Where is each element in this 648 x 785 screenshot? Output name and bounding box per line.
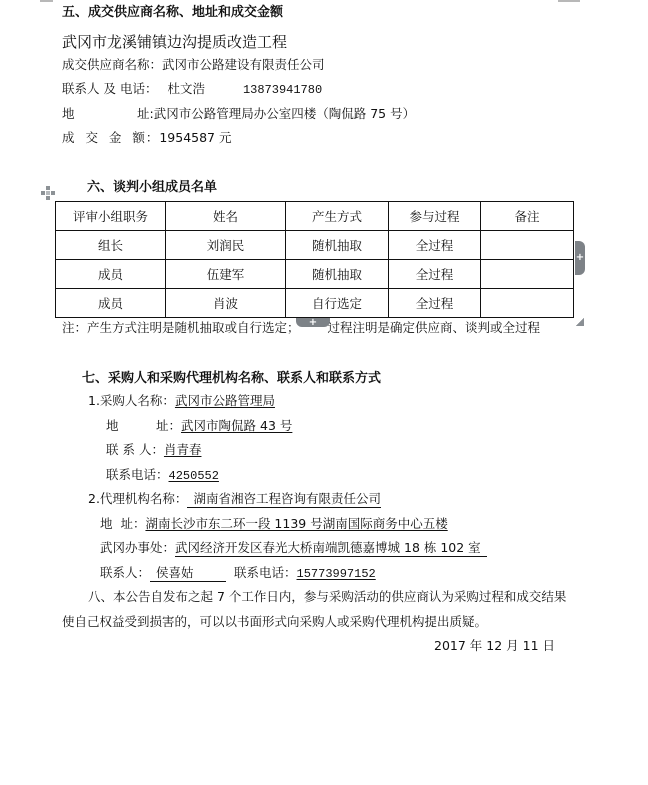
- table-cell: 成员: [56, 289, 166, 318]
- table-note-right: 过程注明是确定供应商、谈判或全过程: [328, 320, 541, 335]
- table-cell: [481, 260, 574, 289]
- plus-icon: +: [576, 252, 584, 263]
- table-cell: [481, 231, 574, 260]
- table-cell: 全过程: [389, 231, 481, 260]
- table-resize-handle-icon[interactable]: [576, 318, 584, 326]
- objection-notice-line2: 使自己权益受到损害的，可以以书面形式向采购人或采购代理机构提出质疑。: [62, 612, 487, 630]
- table-cell: 刘润民: [166, 231, 286, 260]
- address-row: 地址:武冈市公路管理局办公室四楼（陶侃路 75 号）: [62, 104, 415, 122]
- notice-date: 2017 年 12 月 11 日: [434, 636, 555, 654]
- section6-heading: 六、谈判小组成员名单: [87, 176, 217, 195]
- address-value: 武冈市公路管理局办公室四楼（陶侃路 75 号）: [154, 106, 415, 121]
- page-corner-mark-left: [40, 0, 53, 2]
- table-cell: 随机抽取: [286, 231, 389, 260]
- table-cell: 自行选定: [286, 289, 389, 318]
- purchaser-address-value: 武冈市陶侃路 43 号: [181, 418, 292, 433]
- table-header-cell: 评审小组职务: [56, 202, 166, 231]
- page-corner-mark-right: [558, 0, 580, 2]
- purchaser-name-value: 武冈市公路管理局: [175, 393, 275, 408]
- address-label-left: 地: [62, 104, 137, 122]
- section5-heading: 五、成交供应商名称、地址和成交金额: [62, 1, 283, 20]
- table-cell: 全过程: [389, 289, 481, 318]
- purchaser-name-label: 1.采购人名称：: [88, 393, 175, 408]
- table-cell: [481, 289, 574, 318]
- add-column-button[interactable]: +: [575, 241, 585, 275]
- project-name: 武冈市龙溪铺镇边沟提质改造工程: [62, 31, 287, 52]
- purchaser-phone-value: 4250552: [169, 469, 219, 483]
- agency-name-value: 湖南省湘咨工程咨询有限责任公司: [187, 489, 381, 508]
- negotiation-panel-table: 评审小组职务 姓名 产生方式 参与过程 备注 组长 刘润民 随机抽取 全过程 成…: [55, 201, 574, 318]
- contact-label: 联系人 及 电话：: [62, 81, 157, 96]
- supplier-row: 成交供应商名称：武冈市公路建设有限责任公司: [62, 55, 325, 73]
- table-move-handle-icon[interactable]: [41, 186, 55, 200]
- purchaser-address-label-right: 址：: [156, 418, 181, 433]
- agency-name-row: 2.代理机构名称：湖南省湘咨工程咨询有限责任公司: [88, 489, 381, 508]
- purchaser-phone-label: 联系电话：: [106, 467, 169, 482]
- table-header-cell: 参与过程: [389, 202, 481, 231]
- objection-notice-line1: 八、本公告自发布之起 7 个工作日内，参与采购活动的供应商认为采购过程和成交结果: [88, 587, 566, 605]
- table-row: 成员 伍建军 随机抽取 全过程: [56, 260, 574, 289]
- table-row: 成员 肖波 自行选定 全过程: [56, 289, 574, 318]
- table-note-left: 注：产生方式注明是随机抽取或自行选定；: [62, 320, 300, 335]
- purchaser-address-row: 地址：武冈市陶侃路 43 号: [106, 416, 292, 434]
- contact-phone: 13873941780: [243, 83, 322, 97]
- section7-heading: 七、采购人和采购代理机构名称、联系人和联系方式: [82, 367, 381, 386]
- agency-contact-value: 侯喜姑: [150, 563, 226, 582]
- agency-phone-label: 联系电话：: [234, 565, 297, 580]
- table-header-cell: 备注: [481, 202, 574, 231]
- table-cell: 伍建军: [166, 260, 286, 289]
- agency-contact-label: 联系人：: [100, 565, 150, 580]
- table-cell: 肖波: [166, 289, 286, 318]
- purchaser-phone-row: 联系电话：4250552: [106, 465, 219, 483]
- amount-value: 1954587 元: [159, 130, 231, 145]
- contact-name: 杜文浩: [167, 81, 205, 96]
- purchaser-contact-label: 联 系 人：: [106, 442, 164, 457]
- agency-address-value: 湖南长沙市东二环一段 1139 号湖南国际商务中心五楼: [145, 516, 447, 531]
- agency-office-value: 武冈经济开发区春光大桥南端凯德嘉博城 18 栋 102 室: [175, 538, 487, 557]
- amount-row: 成 交 金 额：1954587 元: [62, 128, 232, 146]
- agency-address-label: 地 址：: [100, 516, 145, 531]
- agency-name-label: 2.代理机构名称：: [88, 491, 187, 506]
- supplier-label: 成交供应商名称：: [62, 57, 162, 72]
- add-row-button[interactable]: +: [296, 318, 330, 327]
- table-header-cell: 姓名: [166, 202, 286, 231]
- purchaser-contact-value: 肖青春: [164, 442, 202, 457]
- agency-contact-row: 联系人：侯喜姑 联系电话：15773997152: [100, 563, 376, 582]
- plus-icon: +: [309, 317, 317, 328]
- agency-address-row: 地 址：湖南长沙市东二环一段 1139 号湖南国际商务中心五楼: [100, 514, 448, 532]
- table-cell: 随机抽取: [286, 260, 389, 289]
- table-header-cell: 产生方式: [286, 202, 389, 231]
- purchaser-address-label-left: 地: [106, 416, 156, 434]
- table-cell: 成员: [56, 260, 166, 289]
- table-row: 组长 刘润民 随机抽取 全过程: [56, 231, 574, 260]
- purchaser-name-row: 1.采购人名称：武冈市公路管理局: [88, 391, 275, 409]
- address-label-right: 址:: [137, 106, 154, 121]
- agency-office-label: 武冈办事处：: [100, 540, 175, 555]
- agency-office-row: 武冈办事处：武冈经济开发区春光大桥南端凯德嘉博城 18 栋 102 室: [100, 538, 487, 557]
- table-header-row: 评审小组职务 姓名 产生方式 参与过程 备注: [56, 202, 574, 231]
- purchaser-contact-row: 联 系 人：肖青春: [106, 440, 201, 458]
- amount-label: 成 交 金 额：: [62, 130, 159, 145]
- contact-row: 联系人 及 电话： 杜文浩 13873941780: [62, 79, 322, 97]
- table-cell: 组长: [56, 231, 166, 260]
- table-cell: 全过程: [389, 260, 481, 289]
- supplier-value: 武冈市公路建设有限责任公司: [162, 57, 325, 72]
- agency-phone-value: 15773997152: [297, 567, 376, 581]
